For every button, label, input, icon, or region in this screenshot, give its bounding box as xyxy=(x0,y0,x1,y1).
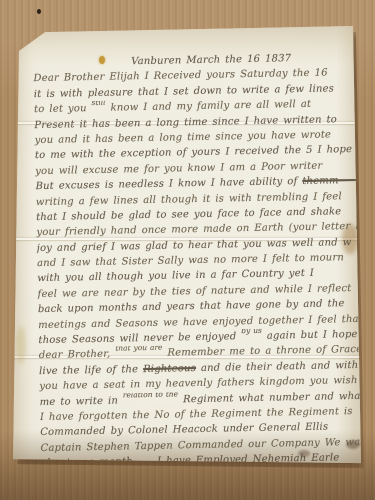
letter-line-post: and die their death and with the xyxy=(196,359,361,374)
letter-photograph: Vanburen March the 16 1837Dear Brother E… xyxy=(0,0,375,500)
letter-line-pre: live the life of the xyxy=(39,364,143,377)
stain xyxy=(16,326,26,364)
letter-line-strike: Righteous xyxy=(143,363,196,375)
letter-line-pre: dear Brother, xyxy=(39,349,116,361)
letter-line-sup: by us xyxy=(241,327,262,335)
letter-line-pre: me to write in xyxy=(40,395,123,408)
letter-line-post: again but I hope my xyxy=(262,329,361,342)
letter-line-pre: to let you xyxy=(34,103,92,115)
letter-line-strike: themm——— xyxy=(302,175,357,187)
letter-line-pre: Vanburen March the 16 1837 xyxy=(131,53,291,67)
letter-lines: Vanburen March the 16 1837Dear Brother E… xyxy=(33,50,361,464)
letter-sheet: Vanburen March the 16 1837Dear Brother E… xyxy=(12,26,361,464)
debris-speck xyxy=(37,9,41,14)
letter-line-post: know I and my family are all well at xyxy=(106,99,312,114)
letter-line-pre: those Seasons will never be enjoyed xyxy=(38,331,241,346)
letter-line-post: Regiment what number and what officers xyxy=(178,390,361,405)
letter-line-post: Remember me to a throne of Grace, that I… xyxy=(162,343,360,359)
